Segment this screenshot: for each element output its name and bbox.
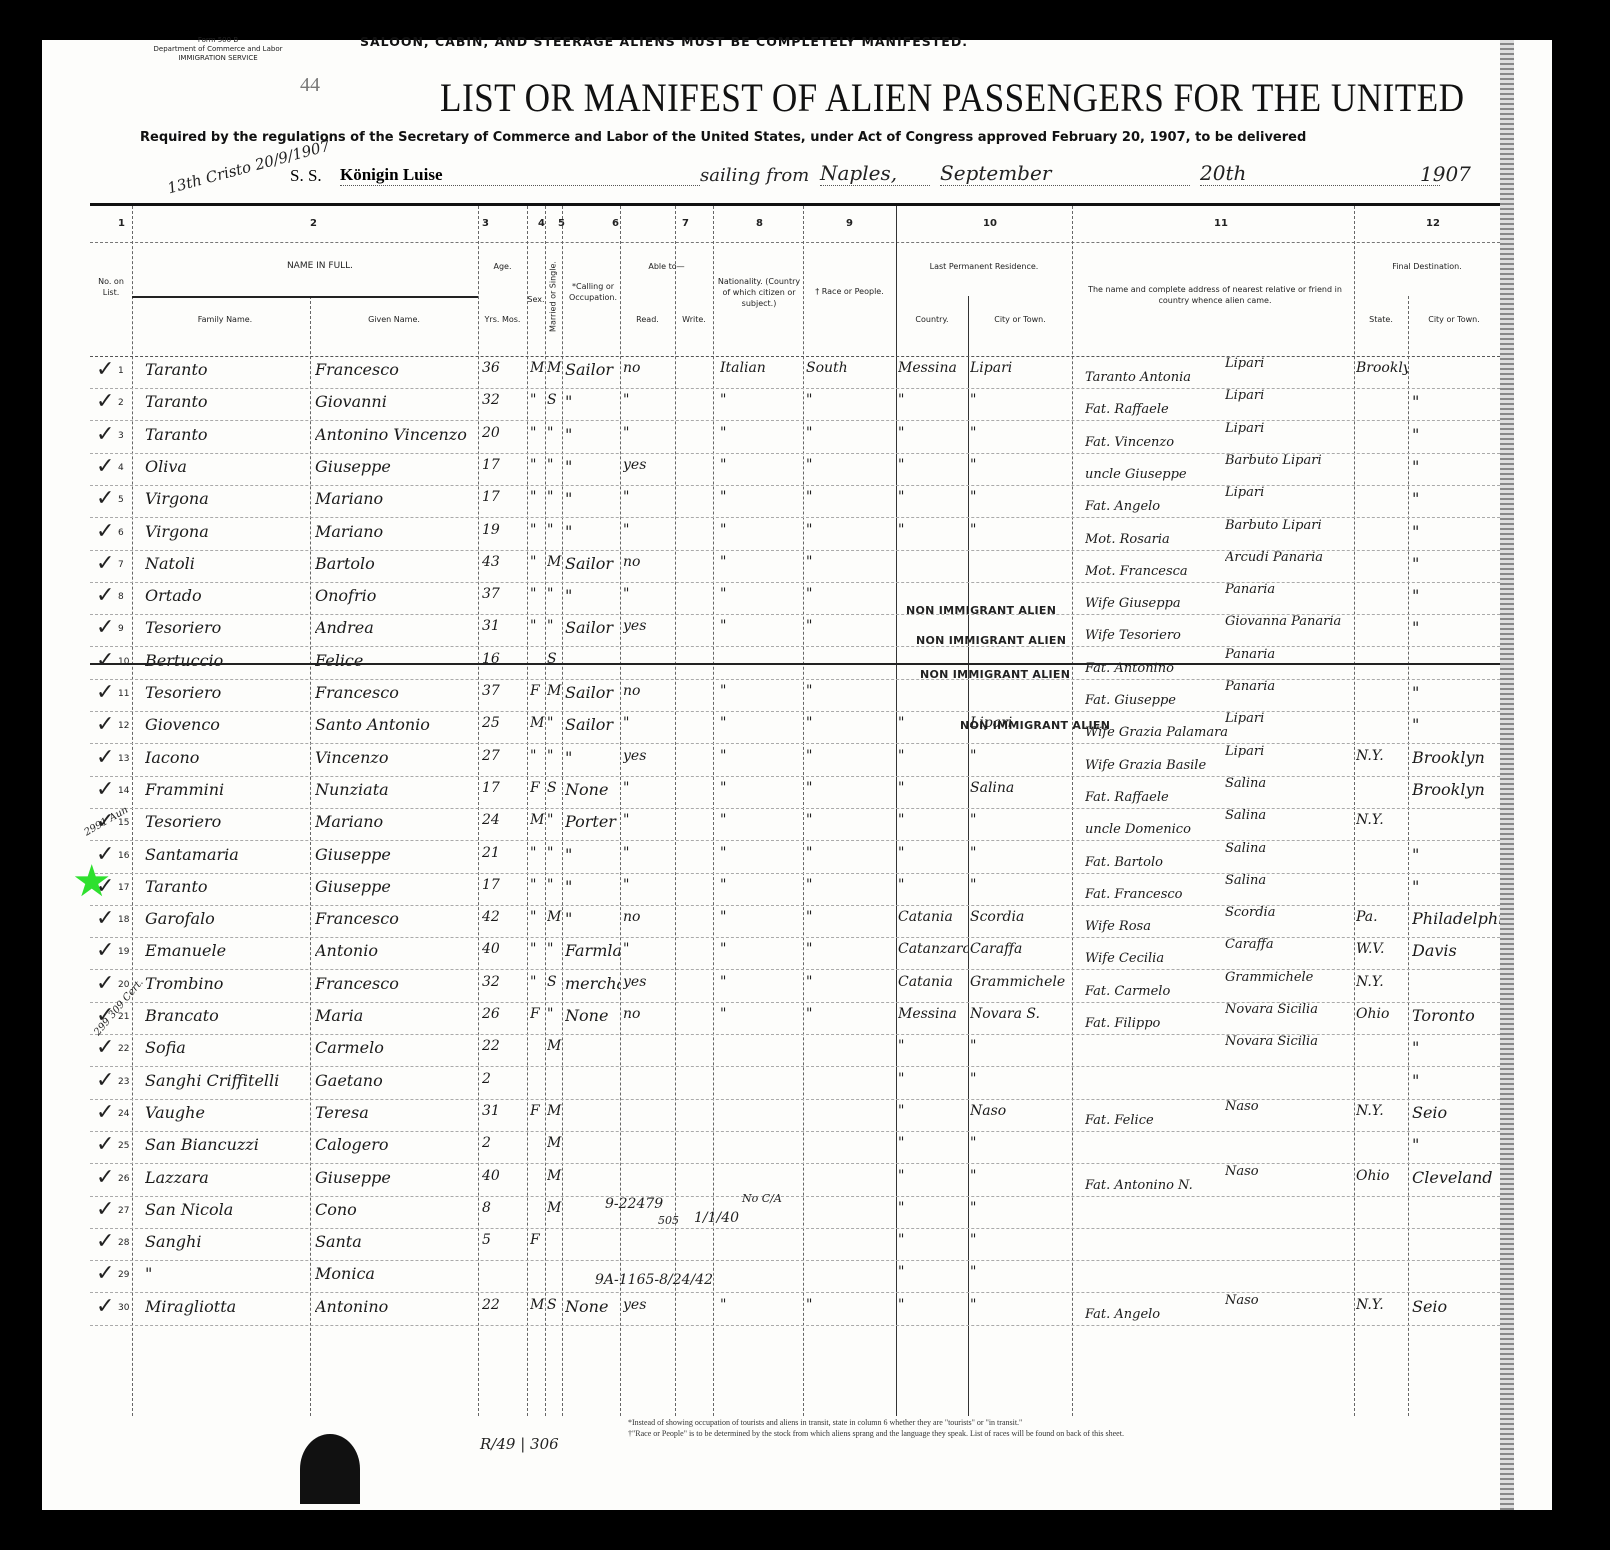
cell-nat: " bbox=[720, 812, 800, 828]
row-number: 7 bbox=[118, 560, 124, 570]
cell-read: yes bbox=[623, 974, 673, 990]
annotation-number: No C/A bbox=[742, 1192, 782, 1205]
cell-family: Sofia bbox=[145, 1038, 310, 1057]
cell-country: " bbox=[898, 1168, 968, 1184]
cell-ms: M bbox=[547, 909, 563, 925]
cell-dcity: " bbox=[1412, 489, 1500, 508]
checkmark-icon: ✓ bbox=[96, 711, 114, 737]
cell-occ: " bbox=[565, 522, 620, 541]
cell-given: Giuseppe bbox=[315, 845, 475, 864]
cell-family: Virgona bbox=[145, 489, 310, 508]
cell-dcity: " bbox=[1412, 457, 1500, 476]
checkmark-icon: ✓ bbox=[96, 970, 114, 996]
cell-age: 32 bbox=[482, 974, 526, 990]
cell-age: 24 bbox=[482, 812, 526, 828]
cell-sex: M bbox=[530, 812, 546, 828]
cell-sex: " bbox=[530, 941, 546, 957]
cell-family: Sanghi bbox=[145, 1232, 310, 1251]
cell-age: 40 bbox=[482, 1168, 526, 1184]
cell-rel-place: Grammichele bbox=[1225, 970, 1350, 985]
row-number: 25 bbox=[118, 1141, 129, 1151]
cell-family: Lazzara bbox=[145, 1168, 310, 1187]
cell-read: " bbox=[623, 586, 673, 602]
cell-city: " bbox=[970, 522, 1070, 538]
cell-race: " bbox=[806, 941, 894, 957]
cell-dcity: " bbox=[1412, 586, 1500, 605]
cell-rel-place: Panaria bbox=[1225, 582, 1350, 597]
row-number: 17 bbox=[118, 883, 129, 893]
cell-read: yes bbox=[623, 748, 673, 764]
col-num: 10 bbox=[983, 218, 997, 229]
cell-given: Francesco bbox=[315, 683, 475, 702]
header-city: City or Town. bbox=[968, 314, 1072, 325]
cell-given: Cono bbox=[315, 1200, 475, 1219]
cell-ms: M bbox=[547, 1168, 563, 1184]
cell-dcity: " bbox=[1412, 554, 1500, 573]
page-edge bbox=[1500, 40, 1514, 1510]
column-number-row: 1 2 3 4 5 6 7 8 9 10 11 12 bbox=[90, 206, 1500, 243]
col-num: 6 bbox=[612, 218, 619, 229]
table-row: ✓8OrtadoOnofrio37""""""Wife GiuseppaPana… bbox=[90, 584, 1500, 615]
cell-rel-place: Lipari bbox=[1225, 744, 1350, 759]
table-row: ✓29"Monica"" bbox=[90, 1262, 1500, 1293]
col-num: 8 bbox=[756, 218, 763, 229]
header-married-single: Married or Single. bbox=[548, 252, 559, 342]
cell-sex: " bbox=[530, 845, 546, 861]
col-num: 1 bbox=[118, 218, 125, 229]
cell-age: 43 bbox=[482, 554, 526, 570]
cell-family: Taranto bbox=[145, 877, 310, 896]
footer-handwritten: R/49 | 306 bbox=[480, 1435, 559, 1453]
cell-age: 2 bbox=[482, 1071, 526, 1087]
cell-rel-place: Salina bbox=[1225, 776, 1350, 791]
cell-rel-place: Salina bbox=[1225, 873, 1350, 888]
cell-race: " bbox=[806, 683, 894, 699]
cell-race: " bbox=[806, 909, 894, 925]
cell-family: Sanghi Criffitelli bbox=[145, 1071, 310, 1090]
cell-ms: M bbox=[547, 554, 563, 570]
cell-sex: " bbox=[530, 457, 546, 473]
cell-age: 31 bbox=[482, 618, 526, 634]
cell-dcity: Brooklyn bbox=[1412, 748, 1500, 767]
cell-nat: " bbox=[720, 392, 800, 408]
service: IMMIGRATION SERVICE bbox=[128, 54, 308, 63]
cell-ms: M bbox=[547, 683, 563, 699]
table-row: ✓3TarantoAntonino Vincenzo20""""""""Fat.… bbox=[90, 423, 1500, 454]
cell-family: Oliva bbox=[145, 457, 310, 476]
cell-given: Giuseppe bbox=[315, 1168, 475, 1187]
header-race: † Race or People. bbox=[803, 286, 896, 297]
cell-family: Bertuccio bbox=[145, 651, 310, 670]
sheet-number: 44 bbox=[300, 74, 320, 97]
row-number: 12 bbox=[118, 721, 129, 731]
table-row: ✓18GarofaloFrancesco42"M"no""CataniaScor… bbox=[90, 907, 1500, 938]
cell-country: " bbox=[898, 877, 968, 893]
cell-occ: Sailor bbox=[565, 618, 620, 637]
header-country: Country. bbox=[896, 314, 968, 325]
cell-ms: " bbox=[547, 489, 563, 505]
col-num: 2 bbox=[310, 218, 317, 229]
cell-race: " bbox=[806, 715, 894, 731]
cell-nat: " bbox=[720, 780, 800, 796]
cell-sex: " bbox=[530, 586, 546, 602]
footnote-occupation: *Instead of showing occupation of touris… bbox=[628, 1417, 1124, 1428]
cell-occ: " bbox=[565, 877, 620, 896]
cell-age: 20 bbox=[482, 425, 526, 441]
cell-rel-place: Naso bbox=[1225, 1164, 1350, 1179]
table-row: ✓25San BiancuzziCalogero2M""" bbox=[90, 1133, 1500, 1164]
cell-age: 25 bbox=[482, 715, 526, 731]
cell-ms: M bbox=[547, 1038, 563, 1054]
annotation-number: 9-22479 bbox=[605, 1196, 663, 1212]
month: September bbox=[940, 161, 1190, 186]
cell-city: " bbox=[970, 845, 1070, 861]
cell-city: " bbox=[970, 1200, 1070, 1216]
table-row: ✓30MiragliottaAntonino22MSNoneyes""""Fat… bbox=[90, 1295, 1500, 1326]
header-name-in-full: NAME IN FULL. bbox=[240, 261, 400, 272]
cell-family: Miragliotta bbox=[145, 1297, 310, 1316]
col-num: 7 bbox=[682, 218, 689, 229]
cell-city: " bbox=[970, 1168, 1070, 1184]
cell-country: Catania bbox=[898, 974, 968, 990]
cell-dcity: Cleveland bbox=[1412, 1168, 1500, 1187]
cell-race: " bbox=[806, 554, 894, 570]
cell-country: " bbox=[898, 1264, 968, 1280]
header-relative: The name and complete address of nearest… bbox=[1085, 284, 1345, 306]
cell-relative: uncle Giuseppe bbox=[1085, 467, 1235, 482]
cell-occ: Sailor bbox=[565, 360, 620, 379]
year: 1907 bbox=[1420, 162, 1471, 186]
cell-family: Tesoriero bbox=[145, 812, 310, 831]
cell-family: Vaughe bbox=[145, 1103, 310, 1122]
strike-through bbox=[90, 663, 1500, 665]
cell-country: Catania bbox=[898, 909, 968, 925]
cell-relative: Fat. Antonino N. bbox=[1085, 1178, 1235, 1193]
row-number: 9 bbox=[118, 624, 124, 634]
cell-dcity: " bbox=[1412, 715, 1500, 734]
table-row: ✓11TesorieroFrancesco37FMSailorno""Fat. … bbox=[90, 681, 1500, 712]
cell-country: Catanzaro bbox=[898, 941, 968, 957]
header-dest-city: City or Town. bbox=[1408, 314, 1500, 325]
cell-rel-place: Giovanna Panaria bbox=[1225, 614, 1350, 629]
header-age: Age. bbox=[478, 261, 527, 272]
cell-relative: Fat. Angelo bbox=[1085, 499, 1235, 514]
cell-city: Grammichele bbox=[970, 974, 1070, 990]
cell-sex: F bbox=[530, 1232, 546, 1248]
checkmark-icon: ✓ bbox=[96, 388, 114, 414]
cell-race: " bbox=[806, 1297, 894, 1313]
cell-sex: " bbox=[530, 909, 546, 925]
cell-age: 42 bbox=[482, 909, 526, 925]
cell-age: 21 bbox=[482, 845, 526, 861]
table-row: ✓27San NicolaCono8M"" bbox=[90, 1198, 1500, 1229]
col-num: 4 bbox=[538, 218, 545, 229]
cell-sex: " bbox=[530, 554, 546, 570]
cell-state: N.Y. bbox=[1356, 1103, 1408, 1119]
cell-nat: " bbox=[720, 941, 800, 957]
cell-rel-place: Panaria bbox=[1225, 679, 1350, 694]
cell-race: " bbox=[806, 392, 894, 408]
header-write: Write. bbox=[675, 314, 713, 325]
cell-state: N.Y. bbox=[1356, 812, 1408, 828]
ship-name: Königin Luise bbox=[340, 165, 700, 186]
cell-occ: Sailor bbox=[565, 715, 620, 734]
cell-read: yes bbox=[623, 1297, 673, 1313]
annotation-number: 1/1/40 bbox=[694, 1210, 739, 1226]
cell-relative: Taranto Antonia bbox=[1085, 370, 1235, 385]
cell-nat: " bbox=[720, 425, 800, 441]
cell-dcity: " bbox=[1412, 1038, 1500, 1057]
cell-dcity: Seio bbox=[1412, 1103, 1500, 1122]
table-row: ✓6VirgonaMariano19""""""""Mot. RosariaBa… bbox=[90, 520, 1500, 551]
cell-ms: M bbox=[547, 1200, 563, 1216]
checkmark-icon: ✓ bbox=[96, 518, 114, 544]
row-number: 11 bbox=[118, 689, 129, 699]
cell-race: " bbox=[806, 618, 894, 634]
cell-country: " bbox=[898, 1103, 968, 1119]
cell-age: 31 bbox=[482, 1103, 526, 1119]
cell-sex: M bbox=[530, 715, 546, 731]
cell-relative: Fat. Francesco bbox=[1085, 887, 1235, 902]
cell-city: " bbox=[970, 1264, 1070, 1280]
row-number: 26 bbox=[118, 1174, 129, 1184]
table-row: ✓16SantamariaGiuseppe21""""""""Fat. Bart… bbox=[90, 843, 1500, 874]
cell-state: N.Y. bbox=[1356, 974, 1408, 990]
cell-nat: " bbox=[720, 618, 800, 634]
col-num: 12 bbox=[1426, 218, 1440, 229]
checkmark-icon: ✓ bbox=[96, 647, 114, 673]
ship-prefix: S. S. bbox=[290, 166, 322, 186]
checkmark-icon: ✓ bbox=[96, 582, 114, 608]
checkmark-icon: ✓ bbox=[96, 1196, 114, 1222]
table-row: ✓24VaugheTeresa31FM"NasoFat. FeliceNasoN… bbox=[90, 1101, 1500, 1132]
footer-notes: *Instead of showing occupation of touris… bbox=[628, 1417, 1124, 1439]
cell-city: Naso bbox=[970, 1103, 1070, 1119]
header-rule bbox=[132, 296, 478, 298]
cell-given: Calogero bbox=[315, 1135, 475, 1154]
cell-city: " bbox=[970, 1071, 1070, 1087]
cell-country: " bbox=[898, 812, 968, 828]
form-number: Form 500 B bbox=[128, 36, 308, 45]
table-row: ✓7NatoliBartolo43"MSailorno""Mot. France… bbox=[90, 552, 1500, 583]
cell-given: Giuseppe bbox=[315, 457, 475, 476]
checkmark-icon: ✓ bbox=[96, 1131, 114, 1157]
cell-nat: " bbox=[720, 554, 800, 570]
cell-age: 37 bbox=[482, 586, 526, 602]
cell-ms: S bbox=[547, 1297, 563, 1313]
cell-city: Novara S. bbox=[970, 1006, 1070, 1022]
cell-race: South bbox=[806, 360, 894, 376]
cell-ms: S bbox=[547, 780, 563, 796]
checkmark-icon: ✓ bbox=[96, 776, 114, 802]
header-state: State. bbox=[1354, 314, 1408, 325]
cell-race: " bbox=[806, 522, 894, 538]
header-nationality: Nationality. (Country of which citizen o… bbox=[717, 276, 801, 309]
cell-country: " bbox=[898, 1135, 968, 1151]
cell-age: 22 bbox=[482, 1038, 526, 1054]
cell-ms: S bbox=[547, 392, 563, 408]
checkmark-icon: ✓ bbox=[96, 550, 114, 576]
table-row: ✓21BrancatoMaria26F"Noneno""MessinaNovar… bbox=[90, 1004, 1500, 1035]
cell-ms: " bbox=[547, 812, 563, 828]
cell-rel-place: Novara Sicilia bbox=[1225, 1034, 1350, 1049]
cell-rel-place: Scordia bbox=[1225, 905, 1350, 920]
checkmark-icon: ✓ bbox=[96, 905, 114, 931]
cell-given: Carmelo bbox=[315, 1038, 475, 1057]
header-yrs-mos: Yrs. Mos. bbox=[478, 314, 527, 325]
cell-occ: " bbox=[565, 457, 620, 476]
cell-sex: F bbox=[530, 1006, 546, 1022]
col-num: 11 bbox=[1214, 218, 1228, 229]
cell-ms: " bbox=[547, 748, 563, 764]
cell-race: " bbox=[806, 748, 894, 764]
cell-relative: Mot. Francesca bbox=[1085, 564, 1235, 579]
cell-ms: " bbox=[547, 845, 563, 861]
cell-occ: None bbox=[565, 780, 620, 799]
stamp-non-immigrant: NON IMMIGRANT ALIEN bbox=[916, 634, 1066, 647]
row-number: 1 bbox=[118, 366, 124, 376]
cell-given: Mariano bbox=[315, 812, 475, 831]
cell-nat: " bbox=[720, 748, 800, 764]
cell-family: Garofalo bbox=[145, 909, 310, 928]
cell-family: Iacono bbox=[145, 748, 310, 767]
cell-family: Trombino bbox=[145, 974, 310, 993]
row-number: 14 bbox=[118, 786, 129, 796]
cell-given: Antonino Vincenzo bbox=[315, 425, 475, 444]
cell-country: Messina bbox=[898, 1006, 968, 1022]
header-read: Read. bbox=[620, 314, 675, 325]
cell-relative: Wife Giuseppa bbox=[1085, 596, 1235, 611]
cell-family: Taranto bbox=[145, 360, 310, 379]
cell-read: no bbox=[623, 1006, 673, 1022]
cell-dcity: " bbox=[1412, 1071, 1500, 1090]
cell-race: " bbox=[806, 877, 894, 893]
cell-relative: Fat. Angelo bbox=[1085, 1307, 1235, 1322]
cell-sex: " bbox=[530, 392, 546, 408]
cell-occ: Sailor bbox=[565, 554, 620, 573]
checkmark-icon: ✓ bbox=[96, 937, 114, 963]
cell-read: yes bbox=[623, 457, 673, 473]
cell-family: Giovenco bbox=[145, 715, 310, 734]
banner: SALOON, CABIN, AND STEERAGE ALIENS MUST … bbox=[360, 34, 968, 49]
table-row: ✓22SofiaCarmelo22M""Novara Sicilia" bbox=[90, 1036, 1500, 1067]
cell-family: Tesoriero bbox=[145, 683, 310, 702]
cell-dcity: " bbox=[1412, 845, 1500, 864]
stamp-non-immigrant: NON IMMIGRANT ALIEN bbox=[960, 719, 1110, 732]
form-id: Form 500 B Department of Commerce and La… bbox=[128, 36, 308, 63]
cell-read: " bbox=[623, 425, 673, 441]
cell-family: Virgona bbox=[145, 522, 310, 541]
table-row: ✓5VirgonaMariano17""""""""Fat. AngeloLip… bbox=[90, 487, 1500, 518]
cell-city: Scordia bbox=[970, 909, 1070, 925]
cell-race: " bbox=[806, 845, 894, 861]
row-number: 30 bbox=[118, 1303, 129, 1313]
cell-relative: Fat. Bartolo bbox=[1085, 855, 1235, 870]
cell-family: Emanuele bbox=[145, 941, 310, 960]
cell-race: " bbox=[806, 812, 894, 828]
cell-city: " bbox=[970, 489, 1070, 505]
cell-given: Onofrio bbox=[315, 586, 475, 605]
cell-nat: " bbox=[720, 457, 800, 473]
cell-sex: " bbox=[530, 877, 546, 893]
table-row: ✓12GiovencoSanto Antonio25M"Sailor""""Li… bbox=[90, 713, 1500, 744]
cell-dcity: " bbox=[1412, 392, 1500, 411]
row-number: 23 bbox=[118, 1077, 129, 1087]
cell-family: Natoli bbox=[145, 554, 310, 573]
cell-rel-place: Lipari bbox=[1225, 485, 1350, 500]
cell-relative: Fat. Carmelo bbox=[1085, 984, 1235, 999]
star-marker-icon: ★ bbox=[72, 860, 111, 904]
cell-dcity: Davis bbox=[1412, 941, 1500, 960]
cell-ms: " bbox=[547, 715, 563, 731]
cell-ms: M bbox=[547, 360, 563, 376]
cell-country: " bbox=[898, 1200, 968, 1216]
cell-read: no bbox=[623, 683, 673, 699]
cell-given: Maria bbox=[315, 1006, 475, 1025]
cell-ms: " bbox=[547, 425, 563, 441]
cell-city: " bbox=[970, 425, 1070, 441]
cell-city: " bbox=[970, 1135, 1070, 1151]
row-number: 16 bbox=[118, 851, 129, 861]
cell-age: 2 bbox=[482, 1135, 526, 1151]
row-number: 24 bbox=[118, 1109, 129, 1119]
cell-family: Taranto bbox=[145, 425, 310, 444]
cell-dcity: Seio bbox=[1412, 1297, 1500, 1316]
col-num: 9 bbox=[846, 218, 853, 229]
cell-read: no bbox=[623, 909, 673, 925]
cell-country: " bbox=[898, 457, 968, 473]
cell-nat: " bbox=[720, 715, 800, 731]
cell-given: Andrea bbox=[315, 618, 475, 637]
cell-nat: " bbox=[720, 1297, 800, 1313]
cell-given: Giuseppe bbox=[315, 877, 475, 896]
cell-city: " bbox=[970, 392, 1070, 408]
cell-country: " bbox=[898, 845, 968, 861]
sailing-from-label: sailing from bbox=[700, 165, 809, 186]
cell-rel-place: Caraffa bbox=[1225, 937, 1350, 952]
cell-occ: merchant bbox=[565, 974, 620, 993]
cell-family: Taranto bbox=[145, 392, 310, 411]
table-row: ✓9TesorieroAndrea31""Sailoryes""Wife Tes… bbox=[90, 616, 1500, 647]
port: Naples, bbox=[820, 161, 930, 186]
cell-nat: " bbox=[720, 489, 800, 505]
row-number: 4 bbox=[118, 463, 124, 473]
cell-age: 37 bbox=[482, 683, 526, 699]
cell-age: 17 bbox=[482, 457, 526, 473]
header-sex: Sex. bbox=[527, 294, 545, 305]
ink-blot bbox=[300, 1434, 360, 1504]
cell-race: " bbox=[806, 780, 894, 796]
cell-country: " bbox=[898, 1232, 968, 1248]
table-row: ✓23Sanghi CriffitelliGaetano2""" bbox=[90, 1069, 1500, 1100]
cell-occ: Farmlabourer bbox=[565, 941, 620, 960]
cell-country: " bbox=[898, 780, 968, 796]
cell-ms: " bbox=[547, 877, 563, 893]
row-number: 6 bbox=[118, 528, 124, 538]
cell-age: 17 bbox=[482, 877, 526, 893]
annotation-number: 9A-1165-8/24/42 bbox=[595, 1272, 713, 1288]
cell-dcity: " bbox=[1412, 877, 1500, 896]
page-title: LIST OR MANIFEST OF ALIEN PASSENGERS FOR… bbox=[440, 74, 1464, 121]
ship-line: S. S. Königin Luise sailing from Naples,… bbox=[240, 160, 1510, 190]
cell-sex: " bbox=[530, 489, 546, 505]
cell-state: Ohio bbox=[1356, 1006, 1408, 1022]
cell-country: " bbox=[898, 715, 968, 731]
cell-ms: S bbox=[547, 974, 563, 990]
cell-given: Santo Antonio bbox=[315, 715, 475, 734]
cell-country: " bbox=[898, 1071, 968, 1087]
checkmark-icon: ✓ bbox=[96, 1099, 114, 1125]
